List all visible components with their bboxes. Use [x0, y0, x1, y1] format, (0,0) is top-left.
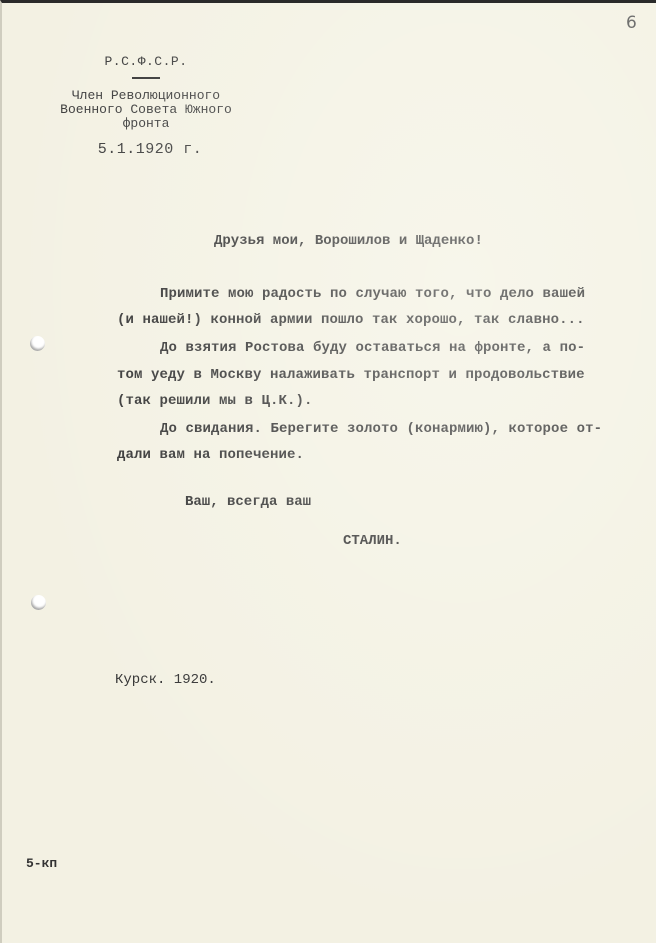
place-and-date: Курск. 1920.	[115, 672, 216, 688]
letterhead-org-line: Военного Совета Южного	[56, 103, 236, 117]
salutation: Друзья мои, Ворошилов и Щаденко!	[214, 233, 483, 249]
letterhead-divider	[132, 77, 160, 79]
body-line: (так решили мы в Ц.К.).	[117, 393, 313, 409]
letterhead-org-line: Член Революционного	[56, 89, 236, 103]
body-line: том уеду в Москву налаживать транспорт и…	[117, 367, 585, 383]
punch-hole-icon	[31, 595, 46, 610]
letterhead-org-line: фронта	[56, 117, 236, 131]
file-code: 5-кп	[26, 856, 57, 871]
archive-page-number: 6	[626, 13, 637, 33]
letterhead-date: 5.1.1920 г.	[56, 143, 236, 157]
document-page: 6 Р.С.Ф.С.Р. Член Революционного Военног…	[0, 0, 656, 943]
letterhead-state: Р.С.Ф.С.Р.	[56, 55, 236, 69]
body-line: Примите мою радость по случаю того, что …	[160, 286, 585, 302]
signature: СТАЛИН.	[343, 533, 402, 549]
body-line: дали вам на попечение.	[117, 447, 304, 463]
body-line: (и нашей!) конной армии пошло так хорошо…	[117, 312, 585, 328]
punch-hole-icon	[30, 336, 45, 351]
body-line: До взятия Ростова буду оставаться на фро…	[160, 340, 585, 356]
body-line: До свидания. Берегите золото (конармию),…	[160, 421, 602, 437]
closing-phrase: Ваш, всегда ваш	[185, 494, 311, 510]
letterhead: Р.С.Ф.С.Р. Член Революционного Военного …	[56, 55, 236, 157]
